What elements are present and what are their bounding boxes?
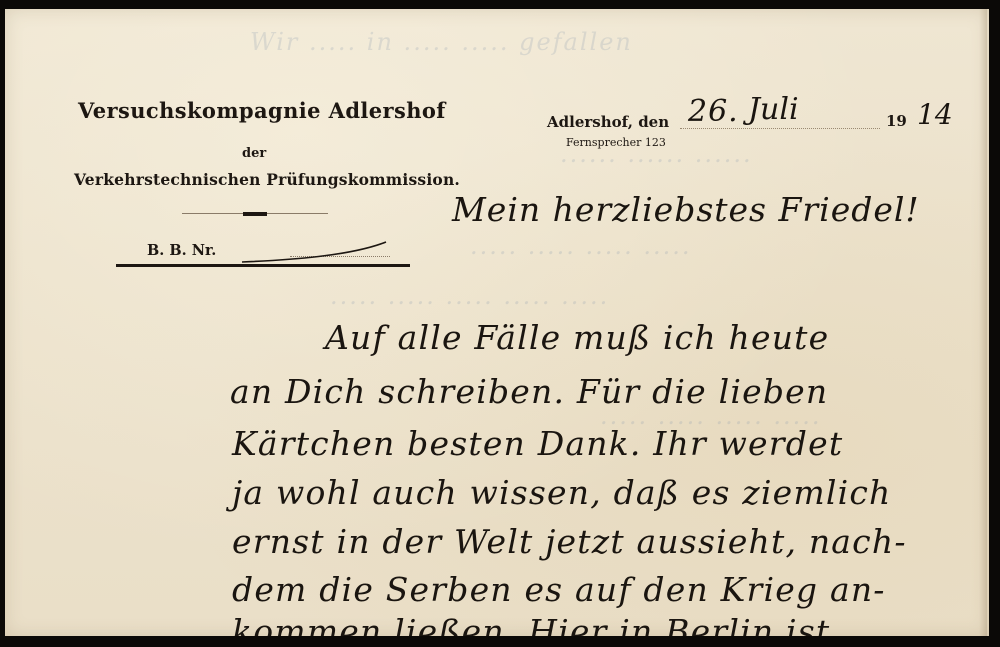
document-scan: Wir ..... in ..... ..... gefallen ......… bbox=[0, 0, 1000, 647]
reference-number-label: B. B. Nr. bbox=[147, 242, 216, 259]
place-label: Adlershof, den bbox=[547, 113, 669, 131]
reference-underline bbox=[116, 264, 410, 267]
letterhead-company: Versuchskompagnie Adlershof bbox=[78, 98, 446, 123]
scan-border-bottom bbox=[0, 636, 1000, 647]
letter-line: an Dich schreiben. Für die lieben bbox=[230, 372, 828, 411]
bleed-through-text: ..... ..... ..... ..... bbox=[470, 232, 691, 260]
letter-line: Auf alle Fälle muß ich heute bbox=[325, 318, 829, 357]
phone-label: Fernsprecher 123 bbox=[566, 136, 666, 149]
year-prefix: 19 bbox=[886, 112, 907, 130]
date-year-suffix: 14 bbox=[917, 98, 953, 131]
date-month: Juli bbox=[748, 92, 799, 127]
bleed-through-text: Wir ..... in ..... ..... gefallen bbox=[250, 28, 633, 56]
letter-line: Kärtchen besten Dank. Ihr werdet bbox=[232, 424, 843, 463]
paper-fold-shadow bbox=[979, 9, 987, 636]
letter-line: ja wohl auch wissen, daß es ziemlich bbox=[232, 473, 892, 512]
letterhead-commission: Verkehrstechnischen Prüfungskommission. bbox=[74, 170, 460, 189]
letterhead-divider-mark bbox=[243, 212, 267, 216]
letter-line: ernst in der Welt jetzt aussieht, nach- bbox=[232, 522, 907, 561]
reference-flourish-stroke bbox=[240, 238, 390, 266]
letterhead-connector: der bbox=[242, 146, 266, 161]
date-day: 26. bbox=[688, 94, 739, 129]
letter-salutation: Mein herzliebstes Friedel! bbox=[452, 190, 920, 229]
letter-line: dem die Serben es auf den Krieg an- bbox=[232, 570, 886, 609]
bleed-through-text: ..... ..... ..... ..... ..... bbox=[330, 282, 609, 310]
